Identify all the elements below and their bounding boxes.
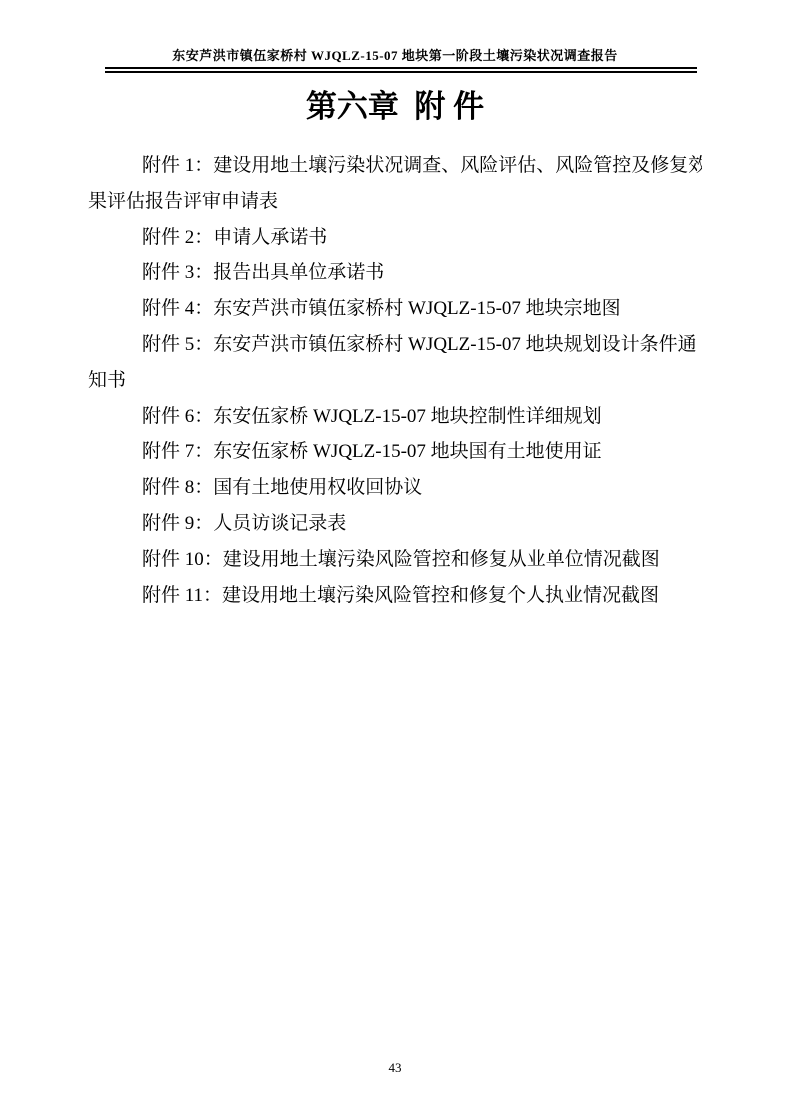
attachment-list: 附件 1：建设用地土壤污染状况调查、风险评估、风险管控及修复效果评估报告评审申请… — [88, 148, 702, 613]
attachment-item: 附件 7：东安伍家桥 WJQLZ-15-07 地块国有土地使用证 — [88, 434, 702, 470]
attachment-item: 附件 1：建设用地土壤污染状况调查、风险评估、风险管控及修复效果评估报告评审申请… — [88, 148, 702, 220]
header-divider-rule-bottom — [105, 71, 697, 73]
attachment-item: 附件 3：报告出具单位承诺书 — [88, 255, 702, 291]
attachment-line: 附件 6：东安伍家桥 WJQLZ-15-07 地块控制性详细规划 — [88, 399, 702, 435]
attachment-item: 附件 10：建设用地土壤污染风险管控和修复从业单位情况截图 — [88, 542, 702, 578]
attachment-item: 附件 8：国有土地使用权收回协议 — [88, 470, 702, 506]
attachment-line: 附件 10：建设用地土壤污染风险管控和修复从业单位情况截图 — [88, 542, 702, 578]
attachment-line: 附件 7：东安伍家桥 WJQLZ-15-07 地块国有土地使用证 — [88, 434, 702, 470]
running-header-title: 东安芦洪市镇伍家桥村 WJQLZ-15-07 地块第一阶段土壤污染状况调查报告 — [0, 45, 790, 64]
attachment-line: 附件 4：东安芦洪市镇伍家桥村 WJQLZ-15-07 地块宗地图 — [88, 291, 702, 327]
attachment-line: 附件 8：国有土地使用权收回协议 — [88, 470, 702, 506]
attachment-line: 附件 1：建设用地土壤污染状况调查、风险评估、风险管控及修复效 — [88, 148, 702, 184]
chapter-title: 第六章 附 件 — [88, 88, 702, 126]
page-number: 43 — [0, 1060, 790, 1076]
attachment-item: 附件 9：人员访谈记录表 — [88, 506, 702, 542]
attachment-line: 附件 3：报告出具单位承诺书 — [88, 255, 702, 291]
attachment-line: 果评估报告评审申请表 — [88, 184, 702, 220]
attachment-line: 附件 5：东安芦洪市镇伍家桥村 WJQLZ-15-07 地块规划设计条件通 — [88, 327, 702, 363]
attachment-line: 附件 9：人员访谈记录表 — [88, 506, 702, 542]
header-divider-rule — [105, 67, 697, 73]
attachment-item: 附件 11：建设用地土壤污染风险管控和修复个人执业情况截图 — [88, 578, 702, 614]
attachment-item: 附件 2：申请人承诺书 — [88, 220, 702, 256]
attachment-line: 附件 2：申请人承诺书 — [88, 220, 702, 256]
attachment-line: 知书 — [88, 363, 702, 399]
document-page: 东安芦洪市镇伍家桥村 WJQLZ-15-07 地块第一阶段土壤污染状况调查报告 … — [0, 0, 790, 1118]
document-content: 第六章 附 件 附件 1：建设用地土壤污染状况调查、风险评估、风险管控及修复效果… — [88, 88, 702, 613]
attachment-item: 附件 6：东安伍家桥 WJQLZ-15-07 地块控制性详细规划 — [88, 399, 702, 435]
attachment-item: 附件 5：东安芦洪市镇伍家桥村 WJQLZ-15-07 地块规划设计条件通知书 — [88, 327, 702, 399]
attachment-line: 附件 11：建设用地土壤污染风险管控和修复个人执业情况截图 — [88, 578, 702, 614]
attachment-item: 附件 4：东安芦洪市镇伍家桥村 WJQLZ-15-07 地块宗地图 — [88, 291, 702, 327]
